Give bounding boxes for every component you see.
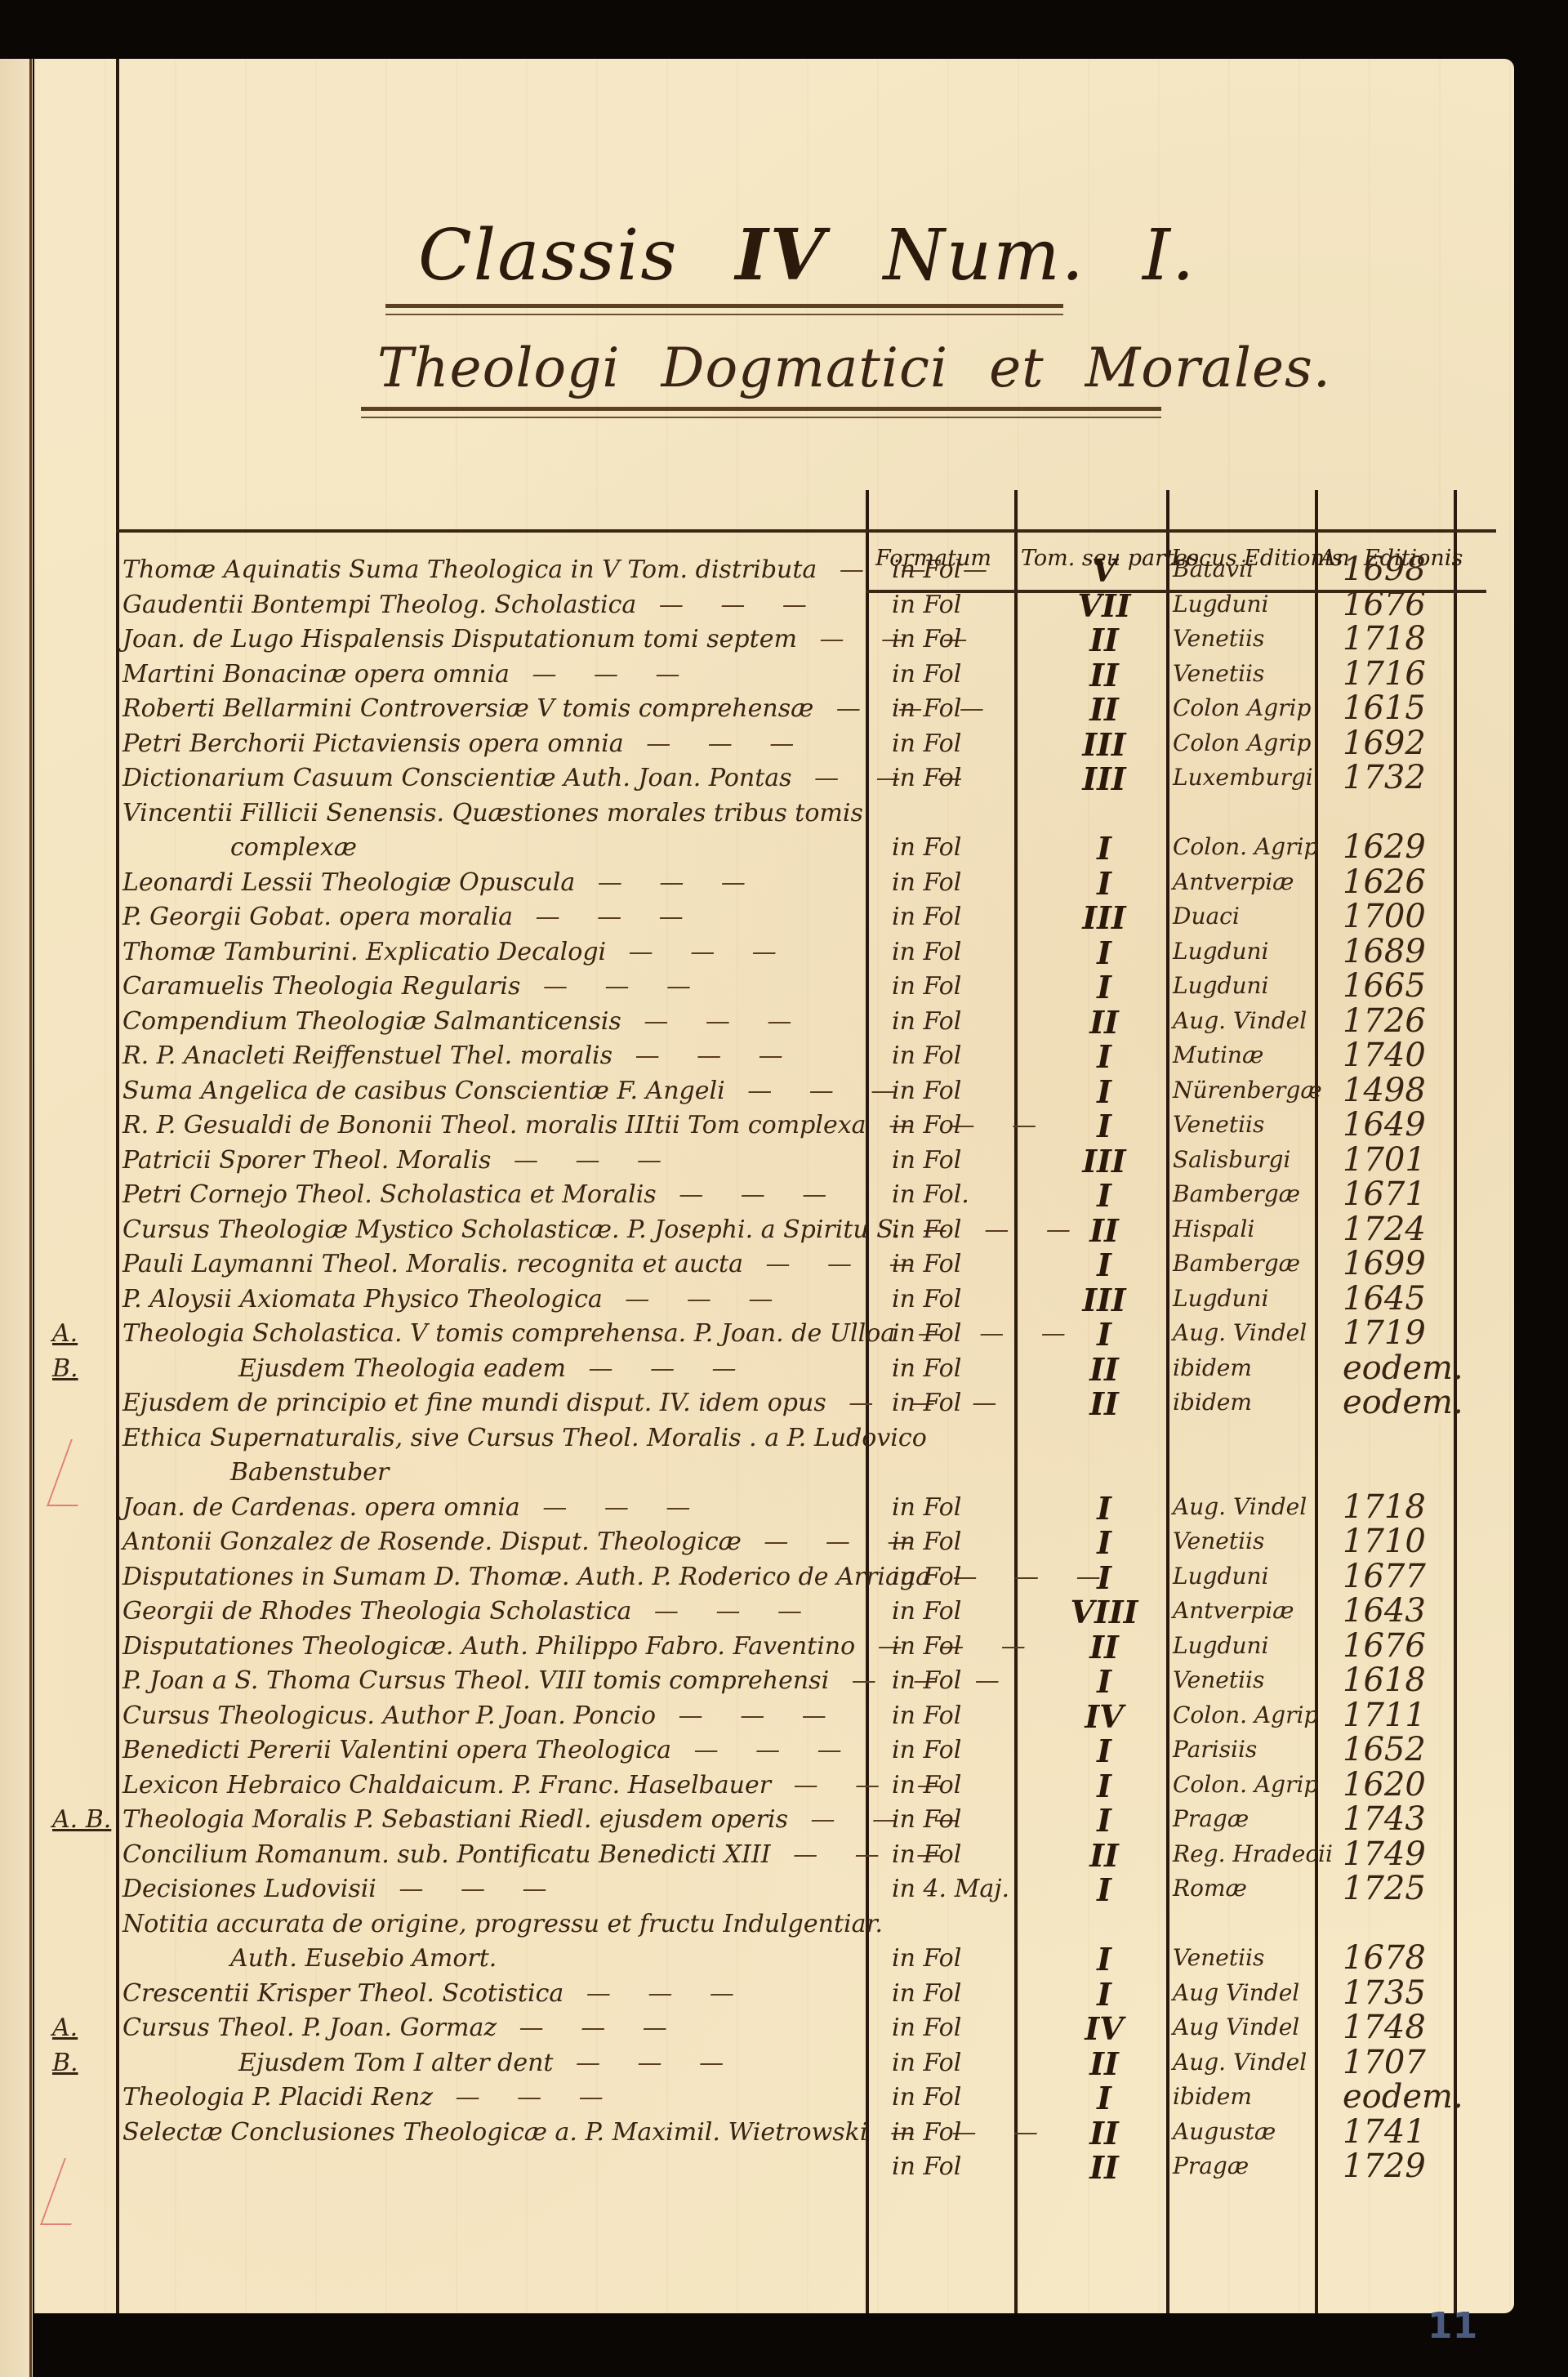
book-volumes: II xyxy=(1055,2115,1153,2152)
edition-place: Venetiis xyxy=(1173,1527,1264,1554)
edition-place: Duaci xyxy=(1173,903,1240,930)
edition-place: Aug Vindel xyxy=(1173,2014,1299,2040)
book-format: in Fol xyxy=(892,1527,961,1556)
book-format: in Fol xyxy=(892,764,961,792)
book-format: in Fol xyxy=(892,1632,961,1661)
edition-year: 1620 xyxy=(1343,1766,1426,1804)
edition-place: ibidem xyxy=(1173,1389,1252,1416)
leader-dashes: — — — xyxy=(566,1354,751,1383)
edition-year: 1710 xyxy=(1343,1523,1426,1560)
book-volumes: I xyxy=(1055,1073,1153,1110)
leader-dashes: — — — xyxy=(656,1701,841,1730)
book-format: in Fol xyxy=(892,1944,961,1973)
edition-place: Colon. Agrip xyxy=(1173,1771,1318,1798)
book-title: Petri Berchorii Pictaviensis opera omnia… xyxy=(122,729,808,758)
edition-place: Reg. Hradecii xyxy=(1173,1840,1333,1867)
book-format: in Fol xyxy=(892,2049,961,2077)
book-title-continuation: Auth. Eusebio Amort. xyxy=(230,1944,497,1973)
book-title: Suma Angelica de casibus Conscientiæ F. … xyxy=(122,1077,910,1105)
book-format: in Fol xyxy=(892,2014,961,2042)
book-format: in Fol xyxy=(892,2152,961,2181)
book-format: in Fol xyxy=(892,1250,961,1278)
book-title: Joan. de Cardenas. opera omnia — — — xyxy=(122,1493,705,1522)
edition-year: 1652 xyxy=(1343,1731,1426,1768)
book-volumes: I xyxy=(1055,1038,1153,1075)
edition-place: Venetiis xyxy=(1173,1944,1264,1971)
edition-place: Augustæ xyxy=(1173,2118,1276,2145)
edition-place: Lugduni xyxy=(1173,1563,1269,1590)
subtitle-underline-thin xyxy=(361,417,1161,418)
edition-place: Venetiis xyxy=(1173,625,1264,652)
leader-dashes: — — — xyxy=(657,1180,842,1209)
edition-year: 1718 xyxy=(1343,620,1426,658)
edition-year: 1701 xyxy=(1343,1141,1426,1179)
edition-year: 1700 xyxy=(1343,898,1426,935)
left-margin-rule xyxy=(116,59,119,2313)
book-format: in Fol xyxy=(892,1666,961,1695)
book-format: in 4. Maj. xyxy=(892,1875,1009,1903)
book-title: Petri Cornejo Theol. Scholastica et Mora… xyxy=(122,1180,841,1209)
margin-annotation: A. xyxy=(52,1319,78,1348)
book-title: P. Georgii Gobat. opera moralia — — — xyxy=(122,903,698,931)
book-volumes: I xyxy=(1055,1871,1153,1908)
title-underline-thin xyxy=(385,314,1063,315)
edition-place: Lugduni xyxy=(1173,938,1269,965)
book-volumes: I xyxy=(1055,1246,1153,1283)
edition-year: 1689 xyxy=(1343,933,1426,970)
edition-place: Antverpiæ xyxy=(1173,1597,1294,1624)
edition-year: eodem. xyxy=(1343,2078,1463,2116)
red-check-mark xyxy=(40,2158,96,2225)
edition-year: eodem. xyxy=(1343,1384,1463,1421)
leader-dashes: — — — xyxy=(624,729,809,758)
book-format: in Fol xyxy=(892,1597,961,1626)
edition-place: Mutinæ xyxy=(1173,1041,1263,1068)
edition-year: 1729 xyxy=(1343,2147,1426,2185)
edition-place: Batavii xyxy=(1173,555,1254,582)
book-volumes: II xyxy=(1055,622,1153,658)
classis-label: Classis xyxy=(418,215,679,297)
leader-dashes: — — — xyxy=(606,938,791,966)
edition-place: Aug Vindel xyxy=(1173,1979,1299,2006)
edition-year: 1732 xyxy=(1343,759,1426,796)
edition-year: 1711 xyxy=(1343,1697,1426,1734)
book-title: Ejusdem Theologia eadem — — — xyxy=(238,1354,751,1383)
book-title: Compendium Theologiæ Salmanticensis — — … xyxy=(122,1007,806,1036)
leader-dashes: — — — xyxy=(433,2083,618,2112)
edition-place: Antverpiæ xyxy=(1173,868,1294,895)
column-rule-locus xyxy=(1166,490,1169,2313)
edition-year: 1677 xyxy=(1343,1558,1426,1595)
edition-place: Lugduni xyxy=(1173,1632,1269,1659)
margin-annotation: B. xyxy=(52,1354,78,1383)
edition-year: 1748 xyxy=(1343,2009,1426,2046)
book-volumes: I xyxy=(1055,1524,1153,1561)
edition-place: Bambergæ xyxy=(1173,1180,1300,1207)
edition-year: 1741 xyxy=(1343,2113,1426,2151)
book-volumes: III xyxy=(1055,1282,1153,1318)
book-title: Georgii de Rhodes Theologia Scholastica … xyxy=(122,1597,817,1626)
book-volumes: I xyxy=(1055,1976,1153,2013)
book-title: Decisiones Ludovisii — — — xyxy=(122,1875,562,1903)
edition-year: 1645 xyxy=(1343,1280,1426,1318)
edition-year: eodem. xyxy=(1343,1349,1463,1387)
edition-place: Aug. Vindel xyxy=(1173,1319,1307,1346)
num-label: Num. xyxy=(883,215,1085,297)
book-volumes: I xyxy=(1055,1316,1153,1353)
book-volumes: II xyxy=(1055,1004,1153,1041)
edition-year: 1724 xyxy=(1343,1211,1426,1248)
book-volumes: II xyxy=(1055,1212,1153,1249)
book-format: in Fol xyxy=(892,729,961,758)
edition-place: Aug. Vindel xyxy=(1173,1493,1307,1520)
leader-dashes: — — — xyxy=(513,903,698,931)
edition-place: Venetiis xyxy=(1173,660,1264,687)
edition-place: Colon Agrip xyxy=(1173,694,1311,721)
edition-year: 1498 xyxy=(1343,1072,1426,1109)
book-title: Theologia Moralis P. Sebastiani Riedl. e… xyxy=(122,1805,973,1834)
book-title: Joan. de Lugo Hispalensis Disputationum … xyxy=(122,625,982,653)
edition-year: 1698 xyxy=(1343,551,1426,588)
book-title: Ejusdem de principio et fine mundi dispu… xyxy=(122,1389,1011,1417)
edition-year: 1725 xyxy=(1343,1870,1426,1907)
book-format: in Fol xyxy=(892,1146,961,1175)
book-volumes: I xyxy=(1055,2080,1153,2116)
subtitle-word: Morales. xyxy=(1085,337,1331,399)
book-volumes: III xyxy=(1055,1143,1153,1180)
book-title: P. Aloysii Axiomata Physico Theologica —… xyxy=(122,1285,787,1313)
subtitle-underline xyxy=(361,407,1161,411)
leader-dashes: — — — xyxy=(575,868,760,897)
book-volumes: I xyxy=(1055,1559,1153,1596)
book-format: in Fol xyxy=(892,660,961,689)
book-format: in Fol xyxy=(892,1771,961,1799)
edition-place: Bambergæ xyxy=(1173,1250,1300,1277)
book-title: Caramuelis Theologia Regularis — — — xyxy=(122,972,706,1001)
book-format: in Fol xyxy=(892,1077,961,1105)
book-volumes: VII xyxy=(1055,587,1153,624)
num-value: I. xyxy=(1143,215,1196,297)
book-volumes: I xyxy=(1055,1663,1153,1700)
book-format: in Fol xyxy=(892,938,961,966)
subtitle-word: Dogmatici xyxy=(661,337,949,399)
edition-year: 1749 xyxy=(1343,1835,1426,1873)
book-format: in Fol xyxy=(892,1319,961,1348)
book-format: in Fol xyxy=(892,1285,961,1313)
leader-dashes: — — — xyxy=(520,1493,706,1522)
book-title: Pauli Laymanni Theol. Moralis. recognita… xyxy=(122,1250,929,1278)
subtitle-word: Theologi xyxy=(377,337,621,399)
edition-year: 1678 xyxy=(1343,1939,1426,1977)
book-format: in Fol xyxy=(892,1007,961,1036)
edition-year: 1743 xyxy=(1343,1800,1426,1838)
edition-year: 1692 xyxy=(1343,725,1426,762)
edition-place: Romæ xyxy=(1173,1875,1247,1902)
book-title: Dictionarium Casuum Conscientiæ Auth. Jo… xyxy=(122,764,977,792)
leader-dashes: — — — xyxy=(631,1597,817,1626)
leader-dashes: — — — xyxy=(603,1285,788,1313)
edition-year: 1618 xyxy=(1343,1661,1426,1699)
book-title: Martini Bonacinæ opera omnia — — — xyxy=(122,660,695,689)
book-format: in Fol xyxy=(892,1041,961,1070)
book-title: Thomæ Aquinatis Suma Theologica in V Tom… xyxy=(122,555,1002,584)
book-format: in Fol xyxy=(892,1840,961,1869)
title-underline xyxy=(385,304,1063,308)
edition-place: Colon. Agrip xyxy=(1173,833,1318,860)
column-rule-tomi xyxy=(1014,490,1018,2313)
edition-year: 1615 xyxy=(1343,689,1426,727)
edition-year: 1719 xyxy=(1343,1314,1426,1352)
book-volumes: II xyxy=(1055,1837,1153,1874)
book-title: Patricii Sporer Theol. Moralis — — — xyxy=(122,1146,676,1175)
page-title: ClassisIVNum.I. xyxy=(418,214,1196,297)
edition-place: Colon. Agrip xyxy=(1173,1701,1318,1728)
book-format: in Fol xyxy=(892,2118,961,2147)
book-volumes: I xyxy=(1055,830,1153,867)
book-format: in Fol xyxy=(892,972,961,1001)
book-volumes: II xyxy=(1055,1385,1153,1422)
book-volumes: II xyxy=(1055,1351,1153,1388)
book-format: in Fol xyxy=(892,1979,961,2008)
edition-year: 1726 xyxy=(1343,1002,1426,1040)
leader-dashes: — — — xyxy=(563,1979,749,2008)
edition-place: Lugduni xyxy=(1173,1285,1269,1312)
book-volumes: I xyxy=(1055,934,1153,971)
edition-place: Aug. Vindel xyxy=(1173,1007,1307,1034)
edition-year: 1643 xyxy=(1343,1592,1426,1630)
leader-dashes: — — — xyxy=(636,591,822,619)
book-format: in Fol xyxy=(892,1389,961,1417)
edition-year: 1740 xyxy=(1343,1037,1426,1074)
edition-place: Pragæ xyxy=(1173,1805,1249,1832)
edition-year: 1699 xyxy=(1343,1245,1426,1282)
edition-place: Pragæ xyxy=(1173,2152,1249,2179)
book-title-continuation: complexæ xyxy=(230,833,357,862)
previous-page-rule xyxy=(29,59,32,2377)
book-title-continuation: Babenstuber xyxy=(230,1458,389,1487)
edition-place: Hispali xyxy=(1173,1215,1254,1242)
book-volumes: III xyxy=(1055,726,1153,763)
folio-number: 11 xyxy=(1428,2305,1477,2347)
book-format: in Fol xyxy=(892,868,961,897)
book-title: Gaudentii Bontempi Theolog. Scholastica … xyxy=(122,591,822,619)
previous-page-edge xyxy=(0,59,33,2377)
edition-year: 1716 xyxy=(1343,655,1426,693)
book-volumes: III xyxy=(1055,899,1153,936)
edition-year: 1707 xyxy=(1343,2044,1426,2081)
book-format: in Fol xyxy=(892,1701,961,1730)
edition-place: Parisiis xyxy=(1173,1736,1257,1763)
page-subtitle: TheologiDogmaticietMorales. xyxy=(377,337,1331,399)
book-format: in Fol. xyxy=(892,1180,969,1209)
leader-dashes: — — — xyxy=(671,1736,857,1764)
edition-place: Salisburgi xyxy=(1173,1146,1290,1173)
book-title: R. P. Anacleti Reiffenstuel Thel. morali… xyxy=(122,1041,798,1070)
book-title: Thomæ Tamburini. Explicatio Decalogi — —… xyxy=(122,938,791,966)
red-check-mark xyxy=(47,1439,102,1506)
book-format: in Fol xyxy=(892,555,961,584)
book-volumes: II xyxy=(1055,2045,1153,2082)
leader-dashes: — — — xyxy=(725,1077,911,1105)
book-title: Ethica Supernaturalis, sive Cursus Theol… xyxy=(122,1424,927,1452)
book-volumes: VIII xyxy=(1055,1594,1153,1630)
leader-dashes: — — — xyxy=(553,2049,738,2077)
book-format: in Fol xyxy=(892,903,961,931)
book-volumes: I xyxy=(1055,1802,1153,1839)
book-format: in Fol xyxy=(892,1736,961,1764)
table-top-rule xyxy=(116,529,1496,533)
edition-place: Colon Agrip xyxy=(1173,729,1311,756)
book-format: in Fol xyxy=(892,1493,961,1522)
leader-dashes: — — — xyxy=(520,972,706,1001)
book-volumes: II xyxy=(1055,1629,1153,1666)
book-title: Notitia accurata de origine, progressu e… xyxy=(122,1910,883,1938)
manuscript-page: ClassisIVNum.I. TheologiDogmaticietMoral… xyxy=(34,59,1514,2313)
edition-place: Venetiis xyxy=(1173,1666,1264,1693)
column-rule-annus xyxy=(1315,490,1318,2313)
edition-place: Aug. Vindel xyxy=(1173,2049,1307,2076)
book-volumes: III xyxy=(1055,760,1153,797)
edition-place: Lugduni xyxy=(1173,972,1269,999)
book-title: Leonardi Lessii Theologiæ Opuscula — — — xyxy=(122,868,760,897)
book-title: Cursus Theol. P. Joan. Gormaz — — — xyxy=(122,2014,682,2042)
book-title: P. Joan a S. Thoma Cursus Theol. VIII to… xyxy=(122,1666,1014,1695)
edition-place: Lugduni xyxy=(1173,591,1269,618)
edition-year: 1629 xyxy=(1343,828,1426,866)
book-title: Roberti Bellarmini Controversiæ V tomis … xyxy=(122,694,999,723)
book-format: in Fol xyxy=(892,1215,961,1244)
book-volumes: I xyxy=(1055,1177,1153,1214)
book-format: in Fol xyxy=(892,1563,961,1591)
book-title: Theologia P. Placidi Renz — — — xyxy=(122,2083,618,2112)
edition-place: ibidem xyxy=(1173,2083,1252,2110)
leader-dashes: — — — xyxy=(376,1875,562,1903)
edition-year: 1665 xyxy=(1343,967,1426,1005)
book-volumes: I xyxy=(1055,1108,1153,1144)
book-volumes: II xyxy=(1055,691,1153,728)
book-volumes: I xyxy=(1055,1768,1153,1804)
edition-year: 1735 xyxy=(1343,1974,1426,2012)
book-title: Concilium Romanum. sub. Pontificatu Bene… xyxy=(122,1840,955,1869)
edition-year: 1676 xyxy=(1343,1627,1426,1665)
book-format: in Fol xyxy=(892,1354,961,1383)
book-volumes: IV xyxy=(1055,1698,1153,1735)
book-volumes: I xyxy=(1055,865,1153,902)
subtitle-word: et xyxy=(989,337,1045,399)
book-volumes: I xyxy=(1055,1733,1153,1769)
edition-year: 1626 xyxy=(1343,863,1426,901)
book-format: in Fol xyxy=(892,833,961,862)
book-volumes: V xyxy=(1055,552,1153,589)
book-volumes: II xyxy=(1055,2149,1153,2186)
edition-year: 1649 xyxy=(1343,1106,1426,1144)
book-format: in Fol xyxy=(892,694,961,723)
book-volumes: I xyxy=(1055,1490,1153,1527)
book-title: Lexicon Hebraico Chaldaicum. P. Franc. H… xyxy=(122,1771,956,1799)
leader-dashes: — — — xyxy=(491,1146,676,1175)
leader-dashes: — — — xyxy=(621,1007,807,1036)
book-format: in Fol xyxy=(892,591,961,619)
classis-value: IV xyxy=(736,214,826,297)
book-volumes: II xyxy=(1055,657,1153,693)
book-format: in Fol xyxy=(892,625,961,653)
edition-year: 1676 xyxy=(1343,586,1426,623)
edition-year: 1671 xyxy=(1343,1175,1426,1213)
leader-dashes: — — — xyxy=(612,1041,798,1070)
book-title: Vincentii Fillicii Senensis. Quæstiones … xyxy=(122,799,863,827)
book-title: Benedicti Pererii Valentini opera Theolo… xyxy=(122,1736,857,1764)
edition-place: ibidem xyxy=(1173,1354,1252,1381)
edition-place: Venetiis xyxy=(1173,1111,1264,1138)
book-title: Crescentii Krisper Theol. Scotistica — —… xyxy=(122,1979,749,2008)
book-volumes: I xyxy=(1055,1941,1153,1978)
book-title: Cursus Theologicus. Author P. Joan. Ponc… xyxy=(122,1701,841,1730)
book-title: Ejusdem Tom I alter dent — — — xyxy=(238,2049,738,2077)
edition-year: 1718 xyxy=(1343,1488,1426,1526)
margin-annotation: A. xyxy=(52,2014,78,2042)
book-volumes: I xyxy=(1055,969,1153,1006)
book-format: in Fol xyxy=(892,1111,961,1139)
book-title: Disputationes in Sumam D. Thomæ. Auth. P… xyxy=(122,1563,1116,1591)
edition-place: Nürenbergæ xyxy=(1173,1077,1322,1104)
book-volumes: IV xyxy=(1055,2010,1153,2047)
book-format: in Fol xyxy=(892,1805,961,1834)
margin-annotation: A. B. xyxy=(52,1805,111,1834)
margin-annotation: B. xyxy=(52,2049,78,2077)
leader-dashes: — — — xyxy=(510,660,695,689)
edition-place: Luxemburgi xyxy=(1173,764,1313,791)
book-title: Antonii Gonzalez de Rosende. Disput. The… xyxy=(122,1527,926,1556)
book-format: in Fol xyxy=(892,2083,961,2112)
leader-dashes: — — — xyxy=(497,2014,682,2042)
